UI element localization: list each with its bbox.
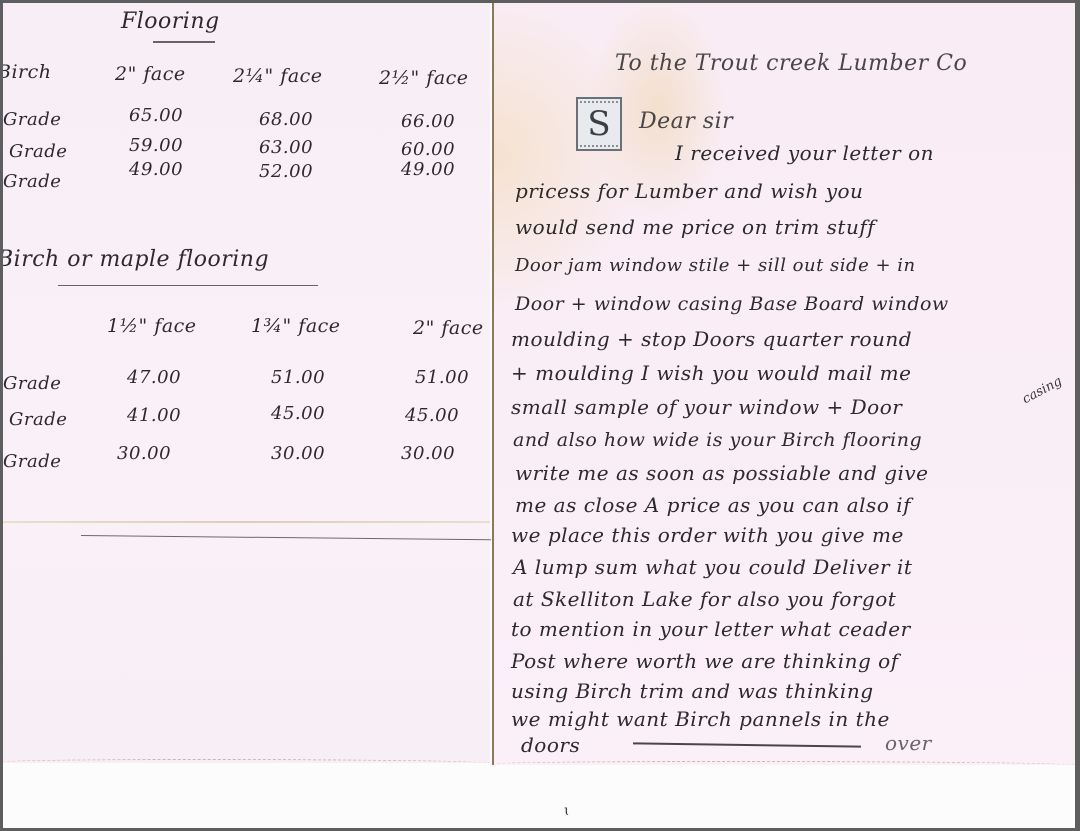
section2-row-1-col-2: 51.00	[271, 367, 325, 388]
section1-row-2-grade: Grade	[9, 141, 67, 162]
section2-title: Birch or maple flooring	[3, 247, 269, 272]
section2-row-2-grade: Grade	[9, 409, 67, 430]
section2-row-3-col-1: 30.00	[117, 443, 171, 464]
section2-col-1: 1½" face	[107, 315, 197, 337]
section1-row-3-col-2: 52.00	[259, 161, 313, 182]
letter-line: we might want Birch pannels in the	[511, 707, 890, 731]
letter-line: moulding + stop Doors quarter round	[511, 327, 912, 351]
section2-row-1-col-3: 51.00	[415, 367, 469, 388]
letter-line: doors	[521, 733, 580, 757]
section2-row-2-col-3: 45.00	[405, 405, 459, 426]
section2-row-1-col-1: 47.00	[127, 367, 181, 388]
section2-row-1-grade: Grade	[3, 373, 61, 394]
section1-row-2-col-1: 59.00	[129, 135, 183, 156]
letter-line: at Skelliton Lake for also you forgot	[513, 587, 896, 611]
section1-row-1-col-2: 68.00	[259, 109, 313, 130]
section1-row-1-col-3: 66.00	[401, 111, 455, 132]
letter-line: Door + window casing Base Board window	[515, 293, 949, 315]
section1-row-2-col-2: 63.00	[259, 137, 313, 158]
letter-salutation: Dear sir	[639, 109, 733, 134]
letter-line: I received your letter on	[675, 141, 934, 165]
letter-line: Door jam window stile + sill out side + …	[515, 255, 916, 276]
letter-line: A lump sum what you could Deliver it	[513, 555, 912, 579]
section2-underline	[58, 285, 318, 286]
letter-line: write me as soon as possiable and give	[515, 461, 929, 485]
section1-col-2: 2¼" face	[233, 65, 323, 87]
section2-row-2-col-2: 45.00	[271, 403, 325, 424]
letter-line: and also how wide is your Birch flooring	[513, 429, 922, 451]
letter-line: Post where worth we are thinking of	[511, 649, 899, 673]
letter-line: using Birch trim and was thinking	[511, 679, 874, 703]
letter-line: we place this order with you give me	[511, 523, 904, 547]
letter-line: would send me price on trim stuff	[515, 215, 875, 239]
letter-line: pricess for Lumber and wish you	[515, 179, 863, 203]
letter-line: me as close A price as you can also if	[515, 493, 911, 517]
section1-row-1-col-1: 65.00	[129, 105, 183, 126]
letter-closing: over	[885, 731, 932, 755]
letter-line: small sample of your window + Door	[511, 395, 902, 419]
letter-line: + moulding I wish you would mail me	[511, 361, 911, 385]
section1-row-3-col-1: 49.00	[129, 159, 183, 180]
section2-row-3-grade: Grade	[3, 451, 61, 472]
price-list-title: Flooring	[121, 9, 220, 34]
torn-edge	[494, 761, 1075, 768]
section1-label: Birch	[3, 61, 52, 83]
section1-row-3-col-3: 49.00	[401, 159, 455, 180]
section2-col-2: 1¾" face	[251, 315, 341, 337]
scanned-document: Flooring Birch 2" face 2¼" face 2½" face…	[3, 3, 1075, 828]
section1-col-3: 2½" face	[379, 67, 469, 89]
title-underline	[153, 41, 215, 43]
pencil-mark: ɩ	[564, 803, 570, 819]
stamp-letter: S	[587, 104, 610, 144]
section1-col-1: 2" face	[115, 63, 186, 85]
torn-edge	[3, 759, 490, 766]
section1-row-3-grade: Grade	[3, 171, 61, 192]
section2-row-3-col-2: 30.00	[271, 443, 325, 464]
section1-row-1-grade: Grade	[3, 109, 61, 130]
letter-line: to mention in your letter what ceader	[511, 617, 911, 641]
section2-col-3: 2" face	[413, 317, 484, 339]
section2-row-2-col-1: 41.00	[127, 405, 181, 426]
letter-address: To the Trout creek Lumber Co	[615, 51, 967, 76]
section2-row-3-col-3: 30.00	[401, 443, 455, 464]
section1-row-2-col-3: 60.00	[401, 139, 455, 160]
stamp-s-icon: S	[576, 97, 622, 151]
paper-fold	[3, 521, 490, 523]
